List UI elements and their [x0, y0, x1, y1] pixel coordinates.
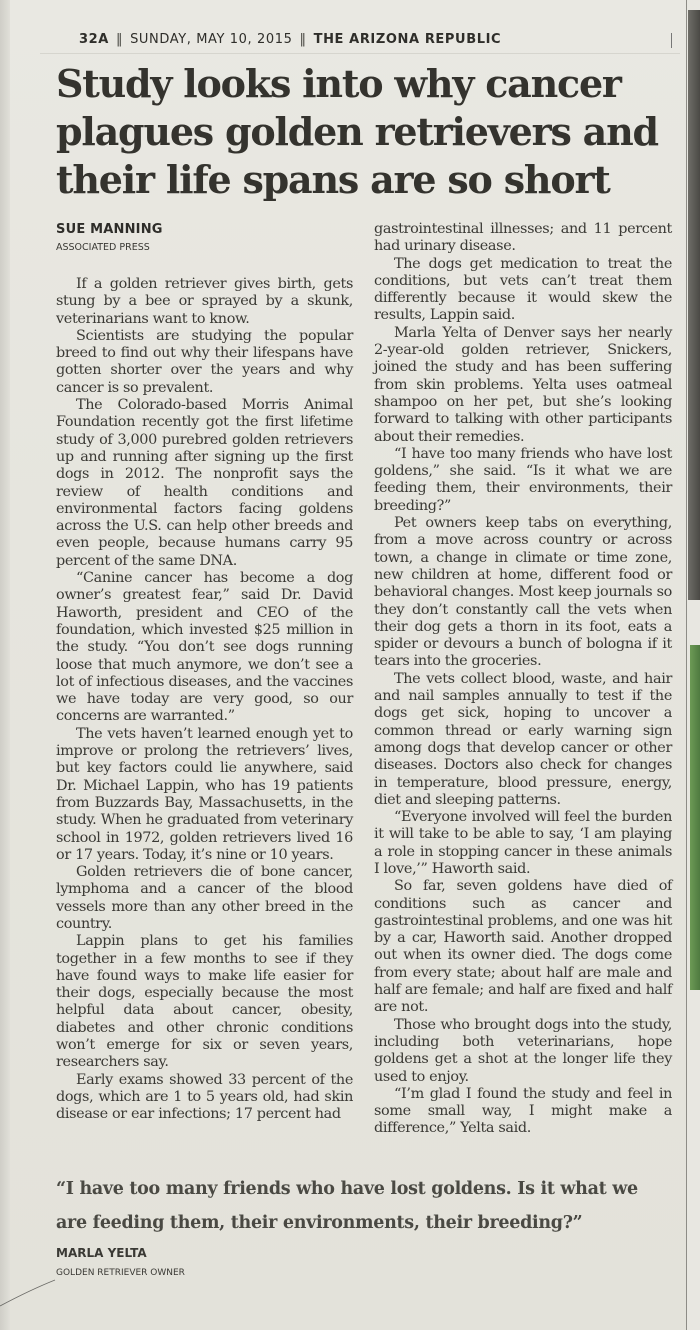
byline-agency: ASSOCIATED PRESS [56, 242, 150, 253]
pen-stroke-mark [0, 1270, 80, 1310]
page-number: 32A [79, 32, 109, 47]
byline-author: SUE MANNING [56, 222, 163, 237]
paragraph: “I have too many friends who have lost g… [374, 446, 672, 515]
paragraph: Golden retrievers die of bone cancer, ly… [56, 864, 353, 933]
paragraph: Marla Yelta of Denver says her nearly 2-… [374, 325, 672, 446]
pull-quote: “I have too many friends who have lost g… [56, 1172, 666, 1240]
paragraph: So far, seven goldens have died of condi… [374, 878, 672, 1016]
paragraph: The vets collect blood, waste, and hair … [374, 671, 672, 809]
paragraph: Early exams showed 33 percent of the dog… [56, 1072, 353, 1124]
paragraph-continuation: gastrointestinal illnesses; and 11 perce… [374, 221, 672, 256]
paragraph: “Canine cancer has become a dog owner’s … [56, 570, 353, 726]
article-headline: Study looks into why cancer plagues gold… [56, 60, 686, 204]
paragraph: “I’m glad I found the study and feel in … [374, 1086, 672, 1138]
adjacent-page-dark-strip [688, 10, 700, 600]
folio-separator: ‖ [116, 32, 123, 47]
paragraph: The dogs get medication to treat the con… [374, 256, 672, 325]
paragraph: Scientists are studying the popular bree… [56, 328, 353, 397]
folio-tick-mark [671, 33, 672, 48]
publication-name: THE ARIZONA REPUBLIC [314, 32, 502, 47]
paragraph: Those who brought dogs into the study, i… [374, 1017, 672, 1086]
paragraph: “Everyone involved will feel the burden … [374, 809, 672, 878]
publication-date: SUNDAY, MAY 10, 2015 [130, 32, 292, 47]
paragraph: The vets haven’t learned enough yet to i… [56, 726, 353, 864]
folio-separator: ‖ [300, 32, 307, 47]
adjacent-page-green-strip [690, 645, 700, 990]
folio-line: 32A‖SUNDAY, MAY 10, 2015‖THE ARIZONA REP… [79, 32, 501, 47]
pull-quote-attribution-name: MARLA YELTA [56, 1246, 147, 1260]
paragraph: The Colorado-based Morris Animal Foundat… [56, 397, 353, 570]
article-column-1: If a golden retriever gives birth, gets … [56, 276, 353, 1124]
article-column-2: gastrointestinal illnesses; and 11 perce… [374, 221, 672, 1138]
paragraph: If a golden retriever gives birth, gets … [56, 276, 353, 328]
paragraph: Lappin plans to get his families togethe… [56, 933, 353, 1071]
folio-rule [40, 53, 680, 54]
paragraph: Pet owners keep tabs on everything, from… [374, 515, 672, 671]
